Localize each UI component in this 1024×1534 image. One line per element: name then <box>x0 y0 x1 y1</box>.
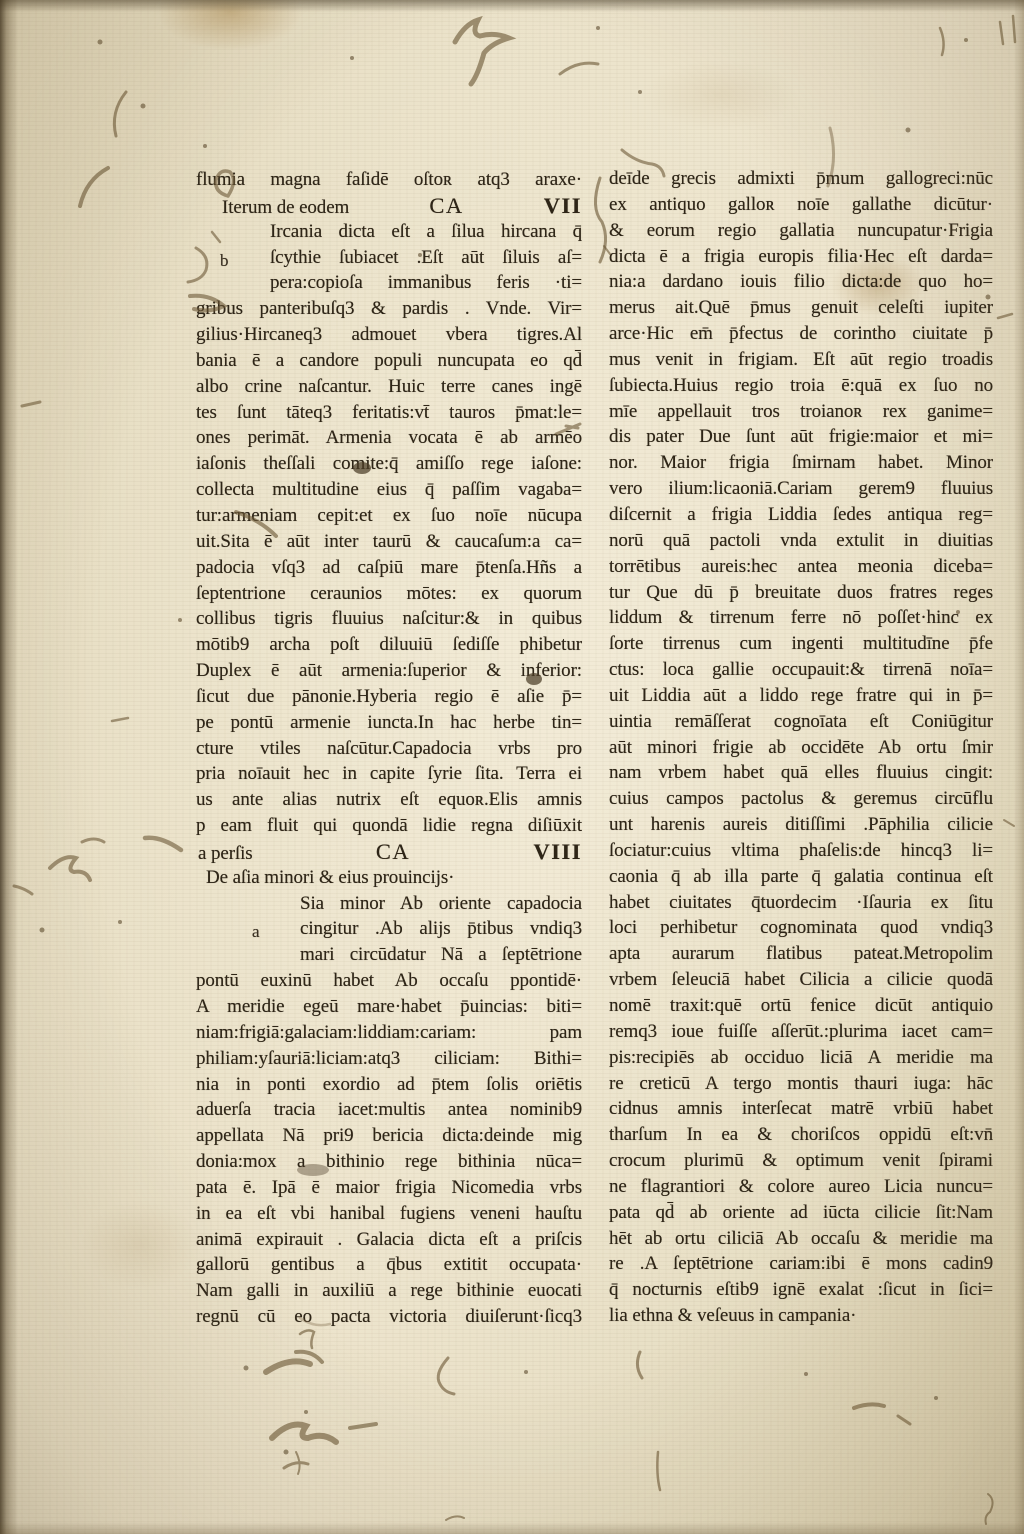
text-line: merus ait.Quē p̄mus genuit celeſti iupit… <box>609 295 993 321</box>
text-line: remq3 ioue fuiſſe aſſerūt.:plurima iacet… <box>609 1019 993 1045</box>
incunabulum-page-scan: flumia magna faſidē oſtoʀ atq3 araxe· It… <box>0 0 1024 1534</box>
text-line: uintia remāſſerat cognoīata eſt Coniūgit… <box>609 709 993 735</box>
chapter7-initial-block: b Ircania dicta eſt a ſilua hircana q̄ſc… <box>196 219 582 297</box>
text-line: ex antiquo galloʀ noīe gallathe dicūtur· <box>609 192 993 218</box>
chapter7-heading-text: Iterum de eodem <box>196 195 349 221</box>
text-line: vrbem ſeleuciā habet Cilicia a cilicie q… <box>609 967 993 993</box>
text-line: A meridie egeū mare·habet p̄uincias: bit… <box>196 994 582 1020</box>
text-line: ones perimāt. Armenia vocata ē ab armēo <box>196 425 582 451</box>
text-line: lia ethna & veſeuus in campania· <box>609 1303 993 1329</box>
text-line: mīe appellauit tros troianoʀ rex ganime= <box>609 399 993 425</box>
text-line: pontū euxinū habet Ab occaſu ppontidē· <box>196 968 582 994</box>
chapter7-heading: Iterum de eodem CA VII <box>196 193 582 219</box>
text-line: regnū cū eo pacta victoria diuiſerunt·ſi… <box>196 1304 582 1330</box>
bottom-ink-smudges <box>266 1318 993 1524</box>
text-line: bania ē a candore populi nuncupata eo qd… <box>196 348 582 374</box>
text-line: apta aurarum flatibus pateat.Metropolim <box>609 941 993 967</box>
text-line: liddum & tirrenum ferre nō poſſet·hinc e… <box>609 605 993 631</box>
text-line: collibus tigris fluuius naſcitur:& in qu… <box>196 606 582 632</box>
text-line: gallorū gentibus a q̄bus extitit occupat… <box>196 1252 582 1278</box>
right-column-lines: deīde grecis admixti p̄mum gallogreci:nū… <box>609 166 993 1329</box>
text-line: iaſonis theſſali comite:q̄ amiſſo rege i… <box>196 451 582 477</box>
text-line: aduerſa tracia iacet:multis antea nomini… <box>196 1097 582 1123</box>
text-line: ſeptentrione ceraunios mōtes: ex quorum <box>196 581 582 607</box>
text-line: arce·Hic em̄ p̄fectus de corintho ciuita… <box>609 321 993 347</box>
text-line: collecta multitudine eius q̄ paſſim vaga… <box>196 477 582 503</box>
right-text-column: deīde grecis admixti p̄mum gallogreci:nū… <box>609 166 993 1329</box>
text-line: mōtib9 archa poſt diluuiū ſediſſe phibet… <box>196 632 582 658</box>
page-edge-left <box>0 0 18 1534</box>
stain <box>80 1200 200 1290</box>
text-line: mari circūdatur Nā a ſeptētrione <box>196 942 582 968</box>
text-line: dis pater Due ſunt aūt frigie:maior et m… <box>609 424 993 450</box>
text-line: hēt ab ortu ciliciā Ab occaſu & meridie … <box>609 1226 993 1252</box>
text-line: pis:recipiēs ab occiduo liciā A meridie … <box>609 1045 993 1071</box>
text-line: pata qd̄ ab oriente ad iūcta cilicie ſit… <box>609 1200 993 1226</box>
text-line: nia:a dardano iouis filio dicta:de quo h… <box>609 269 993 295</box>
text-line: albo crine naſcantur. Huic terre canes i… <box>196 374 582 400</box>
text-line: vero ilium:licaoniā.Cariam gerem9 fluuiu… <box>609 476 993 502</box>
text-line: habet ciuitates q̄tuordecim ·Iſauria ex … <box>609 890 993 916</box>
text-line: & eorum regio gallatia nuncupatur·Frigia <box>609 218 993 244</box>
text-line: tur Que dū p̄ breuitate duos fratres reg… <box>609 580 993 606</box>
text-line: re .A ſeptētrione cariam:ibi ē mons cadi… <box>609 1251 993 1277</box>
text-line: ſociatur:cuius vltima phaſelis:de hincq3… <box>609 838 993 864</box>
text-line: animā expirauit . Galacia dicta eſt a pr… <box>196 1227 582 1253</box>
text-line: aūt minori frigie ab occidēte Ab ortu ſm… <box>609 735 993 761</box>
text-line: re creticū A tergo montis thauri iuga: h… <box>609 1071 993 1097</box>
page-edge-bottom <box>0 1522 1024 1534</box>
text-line: Duplex ē aūt armenia:ſuperior & inferior… <box>196 658 582 684</box>
chapter8-number: VIII <box>533 839 582 865</box>
chapter7-label: CA <box>429 193 463 219</box>
text-line: q̄ nocturnis eſtib9 ignē exalat :ſicut i… <box>609 1277 993 1303</box>
text-line: p eam fluit qui quondā lidie regna diſiū… <box>196 813 582 839</box>
text-line: Ircania dicta eſt a ſilua hircana q̄ <box>196 219 582 245</box>
text-line: ſicut due pānonie.Hyberia regio ē aſie p… <box>196 684 582 710</box>
text-line: gilius·Hircaneq3 admouet vbera tigres.Al <box>196 322 582 348</box>
text-line: pata ē. Ipā ē maior frigia Nicomedia vrb… <box>196 1175 582 1201</box>
chapter7-body: gribus panteribuſq3 & pardis . Vnde. Vir… <box>196 296 582 839</box>
text-line: gribus panteribuſq3 & pardis . Vnde. Vir… <box>196 296 582 322</box>
text-line: flumia magna faſidē oſtoʀ atq3 araxe· <box>196 167 582 193</box>
text-line: crocum plurimū & optimum venit ſpirami <box>609 1148 993 1174</box>
chapter7-initial-lines: Ircania dicta eſt a ſilua hircana q̄ſcyt… <box>196 219 582 297</box>
text-line: loci perhibetur cognominata quod vndiq3 <box>609 915 993 941</box>
text-line: ſorte tirrenus cum ingenti multitudīne p… <box>609 631 993 657</box>
chapter8-label: CA <box>376 839 410 865</box>
text-line: appellata Nā pri9 bericia dicta:deinde m… <box>196 1123 582 1149</box>
chapter8-body: pontū euxinū habet Ab occaſu ppontidē·A … <box>196 968 582 1330</box>
chapter8-heading-text: a perſis <box>196 841 253 867</box>
text-line: Nam galli in auxiliū a rege bithinie euo… <box>196 1278 582 1304</box>
text-line: niam:frigiā:galaciam:liddiam:cariam: pam <box>196 1020 582 1046</box>
left-text-column: flumia magna faſidē oſtoʀ atq3 araxe· It… <box>196 167 582 1330</box>
text-line: torrētibus aureis:hec antea meonia diceb… <box>609 554 993 580</box>
text-line: philiam:yſauriā:liciam:atq3 ciliciam: Bi… <box>196 1046 582 1072</box>
text-line: uit.Sita ē aūt inter taurū & caucaſum:a … <box>196 529 582 555</box>
chapter7-number: VII <box>544 193 582 219</box>
text-line: Sia minor Ab oriente capadocia <box>196 891 582 917</box>
text-line: cuius campos pactolus & geremus circūflu <box>609 786 993 812</box>
stain <box>640 60 800 130</box>
text-line: dicta ē a frigia europis filia·Hec eſt d… <box>609 244 993 270</box>
text-line: pe pontū armenie iuncta.In hac herbe tin… <box>196 710 582 736</box>
guide-letter: a <box>252 919 259 945</box>
text-line: donia:mox a bithinio rege bithinia nūca= <box>196 1149 582 1175</box>
page-edge-top <box>0 0 1024 12</box>
text-line: caonia q̄ ab illa parte q̄ galatia conti… <box>609 864 993 890</box>
text-line: tur:armeniam cepit:et ex ſuo noīe nūcupa <box>196 503 582 529</box>
text-line: mus venit in frigiam. Eſt aūt regio troa… <box>609 347 993 373</box>
text-line: cidnus amnis interſecat matrē vrbiū habe… <box>609 1096 993 1122</box>
page-edge-right <box>1014 0 1024 1534</box>
text-line: tharſum In ea & choriſcos oppidū eſt:vn̄ <box>609 1122 993 1148</box>
text-line: us ante alias nutrix eſt equoʀ.Elis amni… <box>196 787 582 813</box>
text-line: ctus: loca gallie occupauit:& tirrenā no… <box>609 657 993 683</box>
text-line: pera:copioſa immanibus feris ·ti= <box>196 270 582 296</box>
text-line: ſcythie ſubiacet .Eſt aūt ſiluis aſ= <box>196 245 582 271</box>
text-line: uit Liddia aūt a liddo rege fratre qui i… <box>609 683 993 709</box>
text-line: tes ſunt tāteq3 feritatis:vt̄ tauros p̄m… <box>196 400 582 426</box>
chapter8-initial-block: a Sia minor Ab oriente capadociacingitur… <box>196 891 582 969</box>
text-line: pria noīauit hec in capite ſyrie ſita. T… <box>196 761 582 787</box>
text-line: nam vrbem habet quā elles fluuius cingit… <box>609 760 993 786</box>
guide-letter: b <box>220 248 228 274</box>
text-line: padocia vſq3 ad caſpiū mare p̄tenſa.Hñs … <box>196 555 582 581</box>
text-line: in ea eſt vbi hanibal fugiens veneni hau… <box>196 1201 582 1227</box>
text-line: cture vtiles naſcūtur.Capadocia vrbs pro <box>196 736 582 762</box>
text-line: nia in ponti exordio ad p̄tem ſolis oriē… <box>196 1072 582 1098</box>
text-line: nomē traxit:quē ortū fenice dicūt antiqu… <box>609 993 993 1019</box>
text-line: norū quā pactoli vnda extulit in diuitia… <box>609 528 993 554</box>
chapter8-title: De aſia minori & eius prouincijs· <box>196 865 582 891</box>
text-line: deīde grecis admixti p̄mum gallogreci:nū… <box>609 166 993 192</box>
text-line: unt harenis aureis ditiſſimi .Pāphilia c… <box>609 812 993 838</box>
text-line: ſubiecta.Huius regio troia ē:quā ex ſuo … <box>609 373 993 399</box>
text-line: diſcernit a frigia Liddia ſedes antiqua … <box>609 502 993 528</box>
chapter8-heading: a perſis CA VIII <box>196 839 582 865</box>
text-line: ne flagrantiori & colore aureo Licia nun… <box>609 1174 993 1200</box>
text-line: nor. Maior frigia ſmirnam habet. Minor <box>609 450 993 476</box>
